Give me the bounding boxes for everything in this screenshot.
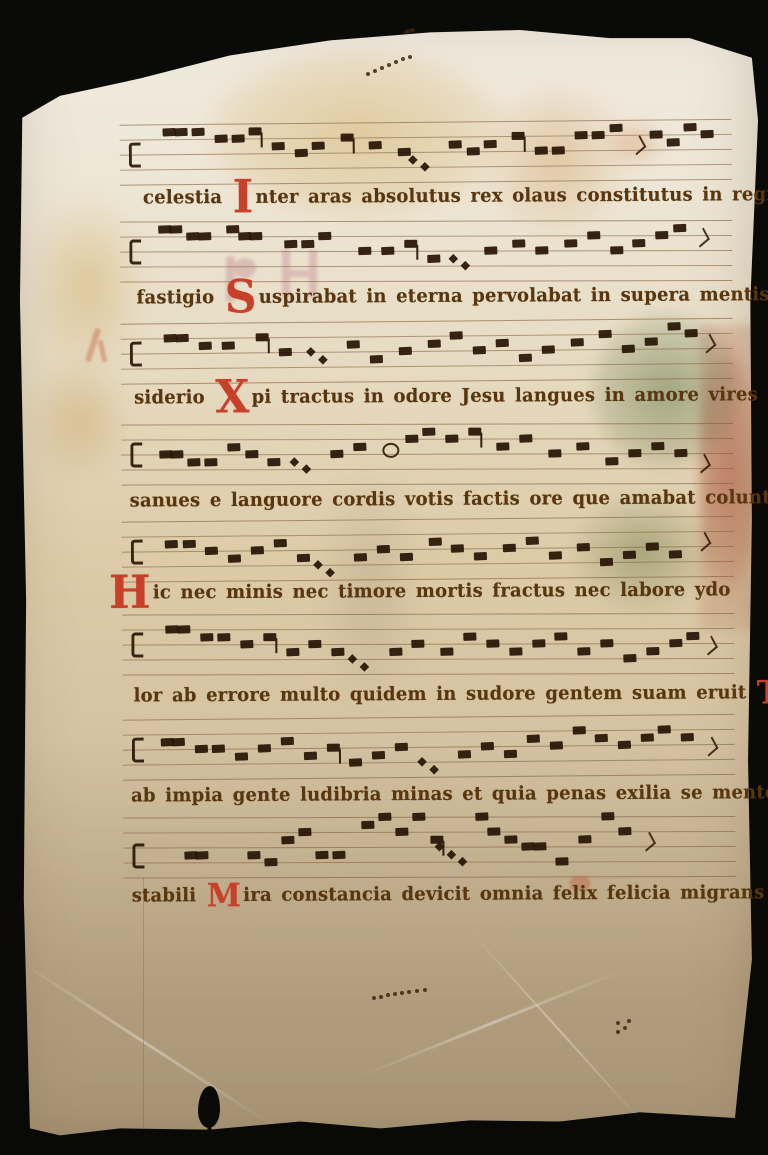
neume-punctum	[519, 434, 532, 442]
staff-8	[123, 816, 735, 879]
neume-punctum	[221, 341, 234, 350]
neume-diamond	[348, 654, 358, 664]
lyric-text: sanues e languore cordis votis factis or…	[130, 487, 768, 512]
lyric-text: ira constancia devicit omnia felix felic…	[243, 881, 768, 906]
neume-punctum	[301, 239, 314, 247]
lyric-text: pi tractus in odore Jesu langues in amor…	[252, 384, 758, 408]
neume-punctum	[605, 457, 618, 465]
ink-dots-bottom	[393, 992, 397, 996]
neume-punctum	[413, 813, 426, 821]
neume-punctum	[361, 820, 374, 828]
neume-punctum	[399, 347, 412, 356]
neume-diamond	[290, 457, 300, 467]
lyric-line-6: lor ab errore multo quidem in sudore gen…	[134, 681, 768, 706]
neume-punctum	[592, 131, 605, 140]
neume-punctum	[281, 835, 294, 843]
neume-punctum	[600, 639, 613, 647]
neume-punctum	[667, 322, 680, 331]
neume-punctum	[200, 633, 213, 641]
lyric-line-4: sanues e languore cordis votis factis or…	[130, 487, 768, 512]
neume-punctum	[503, 544, 516, 553]
neume-punctum	[555, 632, 568, 640]
lyric-line-1: celestia Inter aras absolutus rex olaus …	[143, 183, 768, 208]
lyric-line-8: stabili Mira constancia devicit omnia fe…	[132, 881, 768, 906]
neume-punctum	[427, 339, 440, 348]
rubric-initial: I	[233, 171, 254, 224]
neume-punctum	[549, 741, 562, 750]
custos-mark	[694, 228, 710, 248]
neume-punctum	[649, 130, 662, 139]
neume-punctum	[532, 639, 545, 647]
neume-punctum	[389, 647, 402, 655]
neume-punctum	[681, 732, 694, 741]
neume-punctum	[595, 733, 608, 742]
neume-punctum	[519, 353, 532, 362]
neume-virga	[468, 427, 481, 435]
neume-diamond	[458, 857, 468, 867]
neume-diamond	[306, 347, 316, 357]
neume-punctum	[249, 232, 262, 240]
neume-punctum	[217, 633, 230, 641]
ink-dots-top	[387, 63, 391, 67]
neume-punctum	[427, 254, 440, 262]
neume-punctum	[295, 149, 308, 158]
neume-punctum	[195, 851, 208, 859]
neume-punctum	[600, 558, 613, 567]
neume-punctum	[205, 547, 218, 556]
neume-punctum	[170, 450, 183, 458]
neume-punctum	[405, 435, 418, 443]
neume-punctum	[195, 745, 208, 754]
neume-punctum	[533, 842, 546, 850]
neume-punctum	[484, 246, 497, 254]
ink-dots-top	[380, 66, 384, 70]
neume-diamond	[360, 662, 370, 672]
neume-virga	[404, 239, 417, 247]
neume-punctum	[214, 134, 227, 143]
neume-punctum	[451, 544, 464, 553]
neume-virga	[249, 127, 262, 135]
rubric-initial: M	[207, 877, 242, 915]
neume-punctum	[228, 443, 241, 451]
neume-punctum	[504, 835, 517, 843]
neume-diamond	[408, 155, 418, 165]
neume-punctum	[304, 751, 317, 760]
neume-virga	[263, 633, 276, 641]
neume-punctum	[644, 337, 657, 346]
neume-punctum	[686, 631, 699, 639]
neume-ornament	[382, 442, 399, 457]
neume-punctum	[646, 542, 659, 551]
neume-punctum	[496, 338, 509, 347]
neume-virga	[340, 133, 353, 141]
ink-dots-lower-right	[616, 1021, 620, 1025]
ink-dots-top	[394, 60, 398, 64]
neume-punctum	[245, 450, 258, 458]
neume-punctum	[466, 147, 479, 156]
system-2: fastigio Suspirabat in eterna pervolabat…	[0, 0, 765, 2]
neume-punctum	[610, 246, 623, 254]
neume-punctum	[570, 338, 583, 347]
neume-punctum	[232, 134, 245, 143]
staff-2	[120, 220, 732, 283]
neume-punctum	[601, 812, 614, 820]
staff-7	[123, 714, 736, 781]
neume-punctum	[172, 737, 185, 746]
custos-mark	[702, 737, 718, 757]
neume-punctum	[428, 537, 441, 546]
neume-punctum	[280, 736, 293, 745]
neume-punctum	[398, 148, 411, 157]
neume-punctum	[372, 750, 385, 759]
neume-punctum	[651, 441, 664, 449]
ink-dots-bottom	[386, 993, 390, 997]
neume-punctum	[633, 238, 646, 246]
system-4: sanues e languore cordis votis factis or…	[0, 0, 765, 2]
neume-punctum	[496, 442, 509, 450]
neume-punctum	[701, 130, 714, 139]
ink-dots-bottom	[407, 990, 411, 994]
neume-punctum	[297, 553, 310, 562]
neume-punctum	[556, 857, 569, 865]
neume-punctum	[669, 550, 682, 559]
neume-diamond	[417, 757, 427, 767]
rubric-initial: H	[109, 566, 151, 619]
neume-punctum	[684, 329, 697, 338]
neume-punctum	[542, 345, 555, 354]
ink-dots-bottom	[372, 996, 376, 1000]
neume-punctum	[481, 742, 494, 751]
ink-dots-top	[373, 69, 377, 73]
neume-punctum	[512, 239, 525, 247]
neume-punctum	[400, 552, 413, 561]
photograph: celestia Inter aras absolutus rex olaus …	[0, 0, 768, 1155]
ink-dots-bottom	[379, 995, 383, 999]
neume-punctum	[349, 758, 362, 767]
neume-punctum	[487, 827, 500, 835]
lyric-line-2: fastigio Suspirabat in eterna pervolabat…	[136, 283, 768, 308]
neume-punctum	[577, 647, 590, 655]
neume-punctum	[658, 725, 671, 734]
neume-punctum	[674, 449, 687, 457]
neume-punctum	[440, 647, 453, 655]
neume-punctum	[284, 239, 297, 247]
neume-punctum	[535, 146, 548, 155]
ink-dots-top	[366, 72, 370, 76]
neume-punctum	[666, 138, 679, 147]
neume-punctum	[577, 543, 590, 552]
custos-mark	[702, 635, 718, 655]
system-1: celestia Inter aras absolutus rex olaus …	[0, 0, 765, 2]
neume-punctum	[333, 850, 346, 858]
neume-punctum	[552, 146, 565, 155]
neume-punctum	[623, 654, 636, 662]
neume-punctum	[646, 646, 659, 654]
neume-punctum	[445, 434, 458, 442]
ink-dots-lower-right	[623, 1026, 627, 1030]
neume-punctum	[628, 449, 641, 457]
neume-punctum	[240, 640, 253, 648]
neume-virga	[430, 835, 443, 843]
neume-punctum	[205, 458, 218, 466]
neume-punctum	[274, 538, 287, 547]
neume-punctum	[673, 223, 686, 231]
neume-punctum	[264, 858, 277, 866]
neume-punctum	[486, 639, 499, 647]
neume-punctum	[474, 551, 487, 560]
custos-mark	[631, 135, 647, 155]
neume-punctum	[312, 141, 325, 150]
staff-1	[119, 119, 732, 186]
c-clef-icon	[129, 143, 141, 168]
neume-punctum	[268, 457, 281, 465]
neume-punctum	[548, 449, 561, 457]
neume-diamond	[325, 567, 335, 577]
neume-punctum	[683, 122, 696, 131]
ink-dots-top	[401, 57, 405, 61]
neume-punctum	[174, 127, 187, 136]
custos-mark	[696, 531, 712, 551]
neume-punctum	[422, 427, 435, 435]
ink-dots-bottom	[400, 991, 404, 995]
neume-diamond	[318, 354, 328, 364]
neume-punctum	[198, 341, 211, 350]
lyric-line-3: siderio Xpi tractus in odore Jesu langue…	[134, 384, 758, 409]
c-clef-icon	[131, 633, 143, 658]
neume-punctum	[641, 733, 654, 742]
neume-punctum	[579, 835, 592, 843]
neume-punctum	[354, 553, 367, 562]
neume-punctum	[395, 828, 408, 836]
neume-punctum	[575, 131, 588, 140]
neume-punctum	[525, 536, 538, 545]
neume-punctum	[165, 539, 178, 548]
lyric-text: ab impia gente ludibria minas et quia pe…	[131, 782, 768, 807]
neume-punctum	[381, 247, 394, 255]
neume-virga	[512, 132, 525, 140]
neume-punctum	[235, 752, 248, 761]
system-5: Hic nec minis nec timore mortis fractus …	[0, 0, 765, 2]
neume-diamond	[429, 764, 439, 774]
ink-dots-lower-right	[627, 1019, 631, 1023]
neume-diamond	[460, 261, 470, 271]
neume-punctum	[286, 647, 299, 655]
neume-punctum	[251, 546, 264, 555]
ink-dots-lower-right	[616, 1030, 620, 1034]
neume-punctum	[309, 640, 322, 648]
neume-punctum	[298, 828, 311, 836]
neume-punctum	[347, 340, 360, 349]
ink-dots-bottom	[423, 988, 427, 992]
lyric-line-5: Hic nec minis nec timore mortis fractus …	[108, 579, 731, 604]
neume-punctum	[449, 140, 462, 149]
neume-punctum	[504, 749, 517, 758]
neume-punctum	[182, 539, 195, 548]
system-8: stabili Mira constancia devicit omnia fe…	[0, 0, 765, 2]
c-clef-icon	[130, 443, 142, 468]
neume-punctum	[370, 354, 383, 363]
neume-punctum	[315, 850, 328, 858]
neume-punctum	[526, 734, 539, 743]
neume-punctum	[463, 632, 476, 640]
custos-mark	[700, 333, 716, 353]
custos-mark	[640, 831, 656, 851]
ink-dots-bottom	[415, 989, 419, 993]
lyric-text: stabili	[132, 885, 206, 907]
neume-punctum	[369, 140, 382, 149]
system-7: ab impia gente ludibria minas et quia pe…	[0, 0, 765, 2]
c-clef-icon	[132, 844, 144, 869]
neume-punctum	[623, 550, 636, 559]
c-clef-icon	[132, 738, 144, 763]
rubric-initial: T	[757, 674, 768, 712]
neume-punctum	[483, 139, 496, 148]
neume-punctum	[548, 551, 561, 560]
rubric-initial: X	[215, 371, 250, 424]
ink-dots-top	[408, 55, 412, 59]
system-6: lor ab errore multo quidem in sudore gen…	[0, 0, 765, 2]
neume-virga	[326, 744, 339, 752]
neume-punctum	[395, 743, 408, 752]
lyric-text: ic nec minis nec timore mortis fractus n…	[153, 579, 731, 604]
neume-punctum	[228, 554, 241, 563]
neume-punctum	[353, 442, 366, 450]
neume-punctum	[576, 442, 589, 450]
staff-5	[122, 516, 735, 583]
neume-punctum	[587, 231, 600, 239]
neume-punctum	[476, 812, 489, 820]
neume-punctum	[272, 141, 285, 150]
neume-punctum	[669, 639, 682, 647]
neume-punctum	[412, 640, 425, 648]
rubric-initial: S	[225, 271, 257, 324]
lyric-text: nter aras absolutus rex olaus constitutu…	[255, 183, 768, 208]
neume-punctum	[535, 246, 548, 254]
neume-punctum	[358, 247, 371, 255]
neume-punctum	[191, 127, 204, 136]
neume-diamond	[446, 849, 456, 859]
c-clef-icon	[129, 240, 141, 265]
neume-punctum	[655, 231, 668, 239]
staff-3	[121, 318, 734, 385]
neume-virga	[256, 333, 269, 341]
neume-punctum	[332, 647, 345, 655]
neume-punctum	[258, 744, 271, 753]
lyric-text: siderio	[134, 386, 214, 408]
neume-punctum	[377, 545, 390, 554]
neume-punctum	[177, 625, 190, 633]
c-clef-icon	[131, 540, 143, 565]
neume-punctum	[331, 450, 344, 458]
lyric-text: celestia	[143, 186, 232, 208]
lyric-text: lor ab errore multo quidem in sudore gen…	[134, 682, 756, 707]
neume-punctum	[599, 330, 612, 339]
staff-4	[121, 423, 733, 486]
lyric-text: fastigio	[136, 286, 223, 308]
lyric-line-7: ab impia gente ludibria minas et quia pe…	[131, 782, 768, 807]
neume-punctum	[473, 346, 486, 355]
neume-punctum	[619, 827, 632, 835]
custos-mark	[695, 453, 711, 473]
neume-punctum	[169, 225, 182, 233]
neume-punctum	[572, 726, 585, 735]
neume-diamond	[449, 253, 459, 263]
c-clef-icon	[130, 342, 142, 367]
system-3: siderio Xpi tractus in odore Jesu langue…	[0, 0, 765, 2]
neume-punctum	[175, 334, 188, 343]
neume-punctum	[618, 741, 631, 750]
neume-punctum	[458, 750, 471, 759]
neume-punctum	[509, 647, 522, 655]
neume-punctum	[318, 232, 331, 240]
manuscript-systems: celestia Inter aras absolutus rex olaus …	[0, 0, 768, 1155]
neume-punctum	[212, 745, 225, 754]
neume-punctum	[247, 850, 260, 858]
neume-punctum	[198, 232, 211, 240]
neume-punctum	[609, 123, 622, 132]
lyric-text: uspirabat in eterna pervolabat in supera…	[259, 283, 768, 308]
neume-punctum	[564, 239, 577, 247]
neume-diamond	[420, 162, 430, 172]
neume-punctum	[188, 458, 201, 466]
neume-diamond	[313, 560, 323, 570]
neume-punctum	[378, 813, 391, 821]
neume-punctum	[622, 345, 635, 354]
neume-punctum	[278, 348, 291, 357]
staff-6	[122, 613, 734, 676]
neume-punctum	[450, 331, 463, 340]
neume-diamond	[301, 464, 311, 474]
